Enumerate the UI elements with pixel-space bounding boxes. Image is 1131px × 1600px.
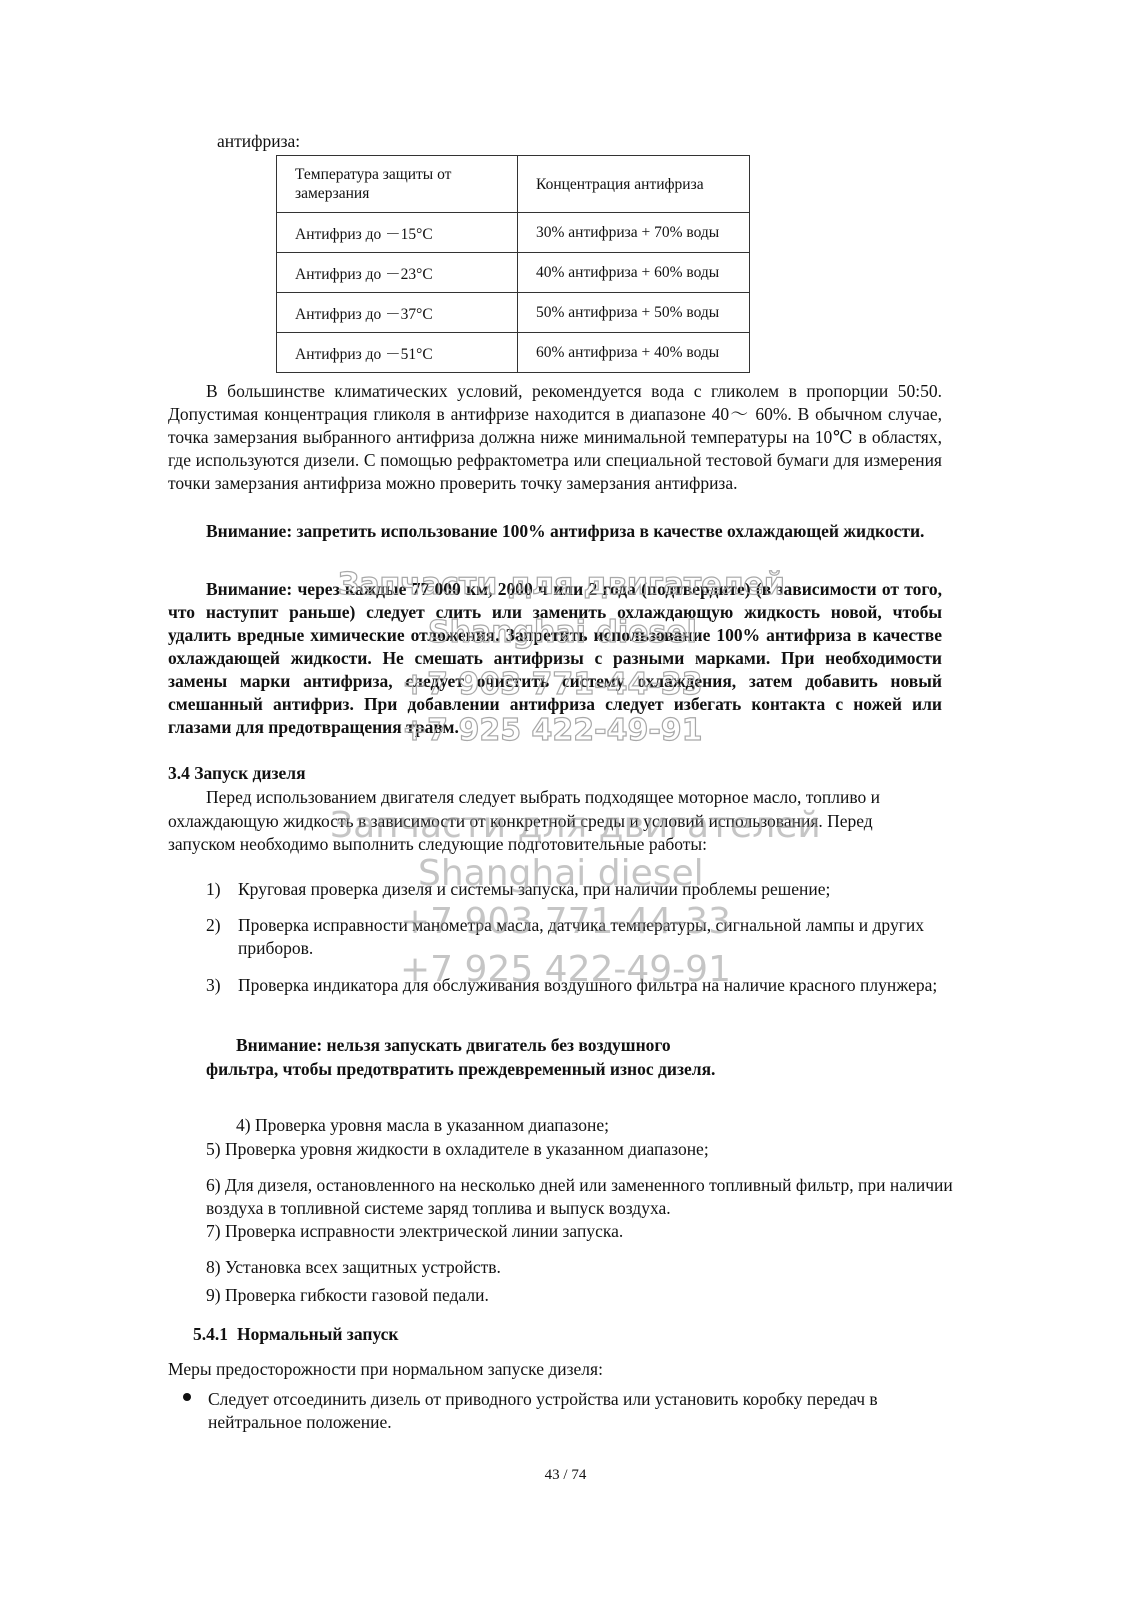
checklist-item: 1)Круговая проверка дизеля и системы зап… — [206, 878, 966, 901]
table-cell: Антифриз до －23°C — [277, 253, 518, 293]
table-cell: 40% антифриза + 60% воды — [518, 253, 750, 293]
lead-text: антифриза: — [217, 130, 300, 153]
checklist-item: 4) Проверка уровня масла в указанном диа… — [236, 1114, 609, 1137]
table-cell: 50% антифриза + 50% воды — [518, 293, 750, 333]
warning-antifreeze: Внимание: запретить использование 100% а… — [206, 520, 946, 543]
table-row: Антифриз до －23°C 40% антифриза + 60% во… — [277, 253, 750, 293]
table-cell: 60% антифриза + 40% воды — [518, 333, 750, 373]
paragraph-glycol: В большинстве климатических условий, рек… — [168, 380, 942, 495]
checklist-item: 3)Проверка индикатора для обслуживания в… — [206, 974, 998, 997]
table-cell: Антифриз до －51°C — [277, 333, 518, 373]
page-number: 43 / 74 — [0, 1467, 1131, 1484]
table-header-cell: Концентрация антифриза — [518, 156, 750, 213]
bullet-item: Следует отсоединить дизель от приводного… — [208, 1388, 968, 1434]
precautions-intro: Меры предосторожности при нормальном зап… — [168, 1358, 603, 1381]
table-cell: Антифриз до －15°C — [277, 213, 518, 253]
table-header-cell: Температура защиты от замерзания — [277, 156, 518, 213]
section-intro: Перед использованием двигателя следует в… — [168, 786, 908, 857]
list-text: Проверка индикатора для обслуживания воз… — [238, 975, 937, 995]
table-header-row: Температура защиты от замерзания Концент… — [277, 156, 750, 213]
table-row: Антифриз до －15°C 30% антифриза + 70% во… — [277, 213, 750, 253]
checklist-item: 8) Установка всех защитных устройств. — [206, 1256, 501, 1279]
checklist-item: 2)Проверка исправности манометра масла, … — [206, 914, 948, 960]
list-text: Проверка исправности манометра масла, да… — [238, 915, 924, 958]
checklist-item: 7) Проверка исправности электрической ли… — [206, 1220, 623, 1243]
list-number: 2) — [206, 914, 238, 937]
bullet-icon — [183, 1393, 191, 1401]
table-row: Антифриз до －37°C 50% антифриза + 50% во… — [277, 293, 750, 333]
antifreeze-table: Температура защиты от замерзания Концент… — [276, 155, 750, 373]
subsection-title: Нормальный запуск — [237, 1323, 399, 1346]
table-cell: Антифриз до －37°C — [277, 293, 518, 333]
checklist-item: 6) Для дизеля, остановленного на несколь… — [206, 1174, 956, 1220]
list-text: Круговая проверка дизеля и системы запус… — [238, 879, 830, 899]
section-heading: 3.4 Запуск дизеля — [168, 762, 306, 785]
subsection-number: 5.4.1 — [193, 1323, 228, 1346]
list-number: 1) — [206, 878, 238, 901]
document-page: антифриза: Температура защиты от замерза… — [0, 0, 1131, 1600]
table-cell: 30% антифриза + 70% воды — [518, 213, 750, 253]
warning-coolant-change: Внимание: через каждые 77 000 км, 2000 ч… — [168, 578, 942, 739]
checklist-item: 9) Проверка гибкости газовой педали. — [206, 1284, 489, 1307]
table-row: Антифриз до －51°C 60% антифриза + 40% во… — [277, 333, 750, 373]
list-number: 3) — [206, 974, 238, 997]
warning-air-filter: Внимание: нельзя запускать двигатель без… — [206, 1034, 736, 1081]
checklist-item: 5) Проверка уровня жидкости в охладителе… — [206, 1138, 709, 1161]
